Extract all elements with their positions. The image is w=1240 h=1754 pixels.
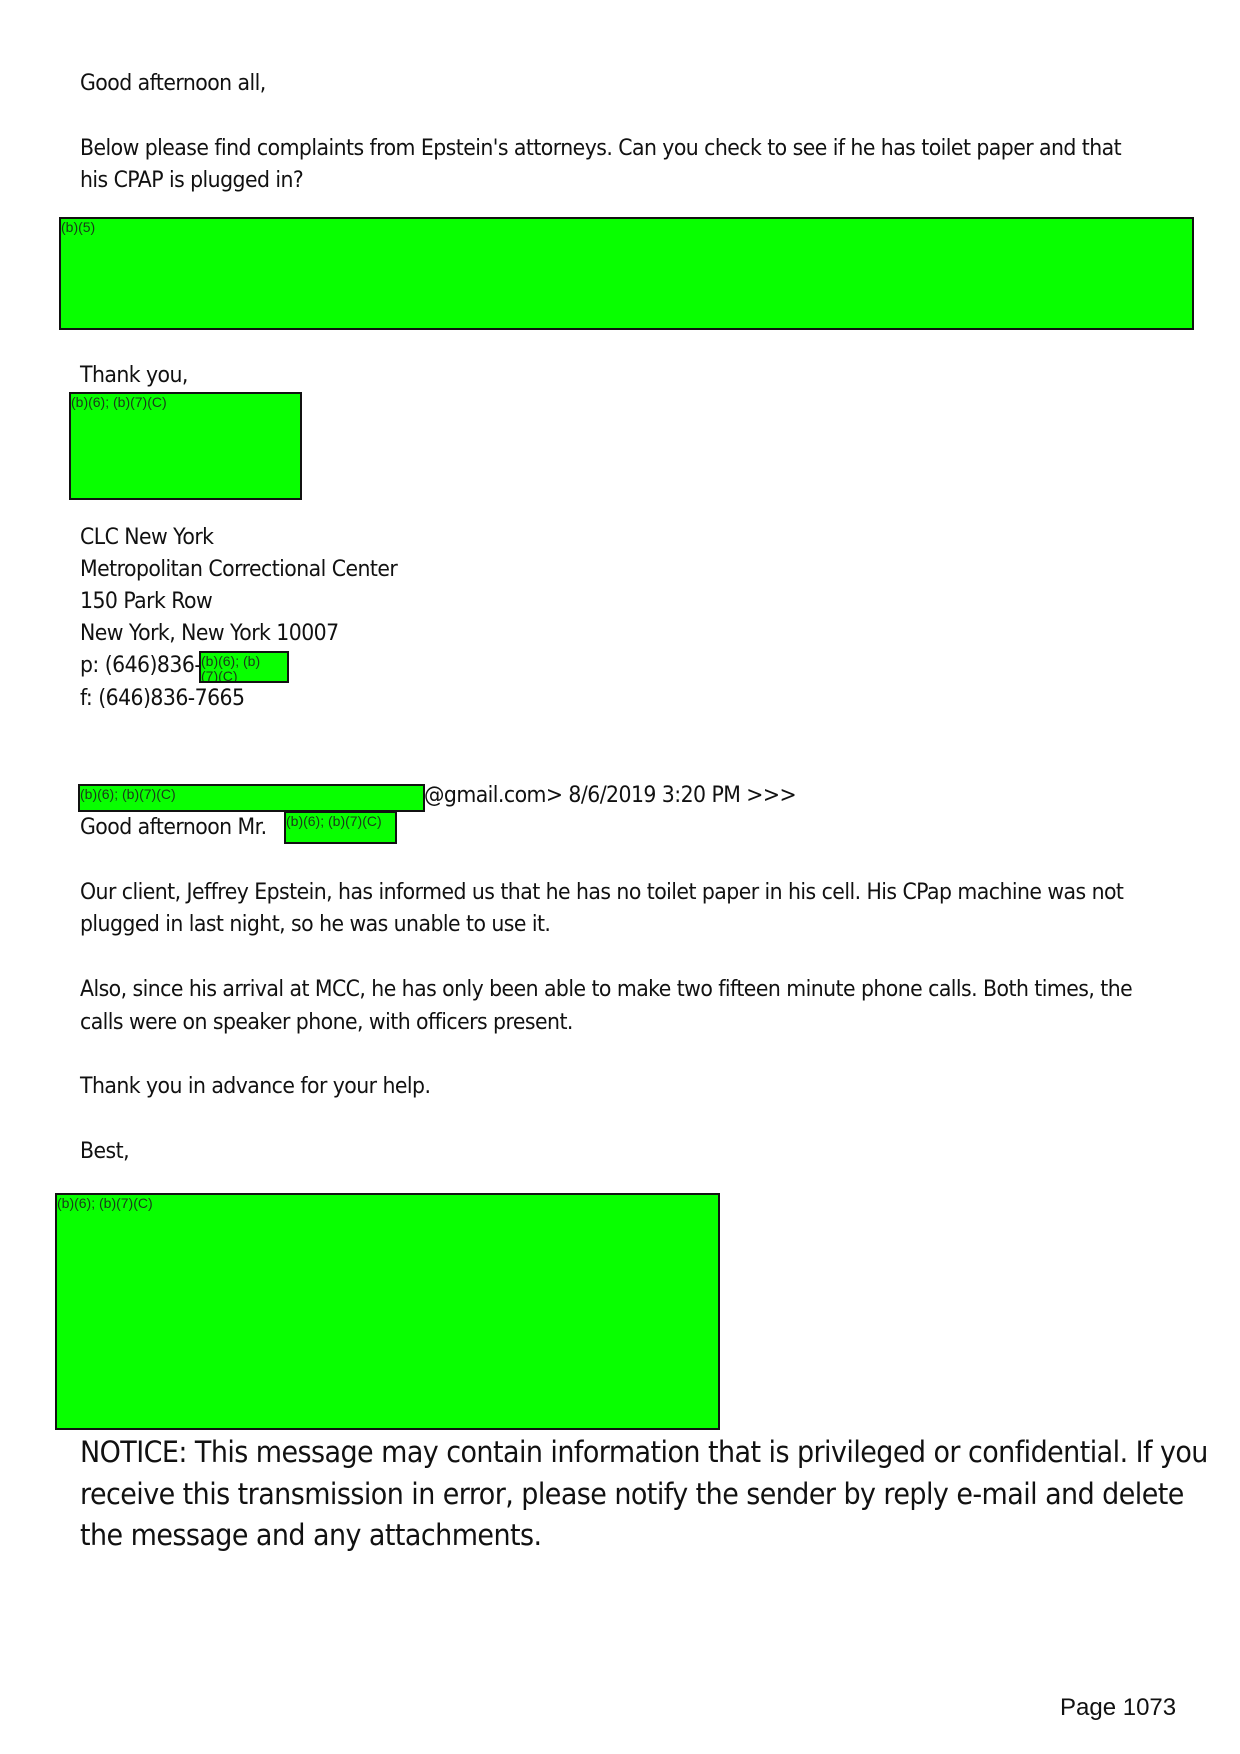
redaction-code: (b)(6); (b)(7)(C) (71, 395, 167, 410)
redaction-code: (b)(5) (61, 220, 95, 235)
signature-phone: p: (646)836- (80, 650, 201, 682)
redaction-box-b5: (b)(5) (59, 217, 1194, 330)
redaction-code: (b)(6); (b)(7)(C) (80, 787, 176, 802)
redaction-box-recipient-name: (b)(6); (b)(7)(C) (284, 811, 397, 844)
redaction-box-sender-signature: (b)(6); (b)(7)(C) (55, 1193, 720, 1430)
signature-city: New York, New York 10007 (80, 618, 339, 650)
quoted-thanks: Thank you in advance for your help. (80, 1071, 430, 1103)
greeting: Good afternoon all, (80, 68, 266, 100)
redaction-code: (b)(6); (b)(7)(C) (57, 1196, 153, 1211)
closing: Thank you, (80, 360, 188, 392)
redaction-code: (b)(6); (b)(7)(C) (201, 654, 261, 683)
signature-street: 150 Park Row (80, 586, 212, 618)
quoted-closing: Best, (80, 1136, 129, 1168)
confidentiality-notice: NOTICE: This message may contain informa… (80, 1432, 1210, 1557)
body-line: Below please find complaints from Epstei… (80, 133, 1121, 165)
quoted-paragraph-line: Our client, Jeffrey Epstein, has informe… (80, 877, 1123, 909)
quoted-salutation: Good afternoon Mr. (80, 812, 267, 844)
redaction-box-sender-email: (b)(6); (b)(7)(C) (78, 784, 425, 812)
signature-fax: f: (646)836-7665 (80, 683, 244, 715)
signature-facility: Metropolitan Correctional Center (80, 554, 397, 586)
signature-org: CLC New York (80, 522, 213, 554)
redaction-code: (b)(6); (b)(7)(C) (286, 814, 382, 829)
redaction-box-phone: (b)(6); (b)(7)(C) (199, 651, 289, 683)
quoted-paragraph-line: calls were on speaker phone, with office… (80, 1007, 573, 1039)
quoted-header: @gmail.com> 8/6/2019 3:20 PM >>> (424, 780, 796, 812)
quoted-paragraph-line: Also, since his arrival at MCC, he has o… (80, 974, 1132, 1006)
body-line: his CPAP is plugged in? (80, 165, 303, 197)
quoted-paragraph-line: plugged in last night, so he was unable … (80, 909, 550, 941)
page-number: Page 1073 (1060, 1694, 1176, 1722)
redaction-box-signature-name: (b)(6); (b)(7)(C) (69, 392, 302, 500)
